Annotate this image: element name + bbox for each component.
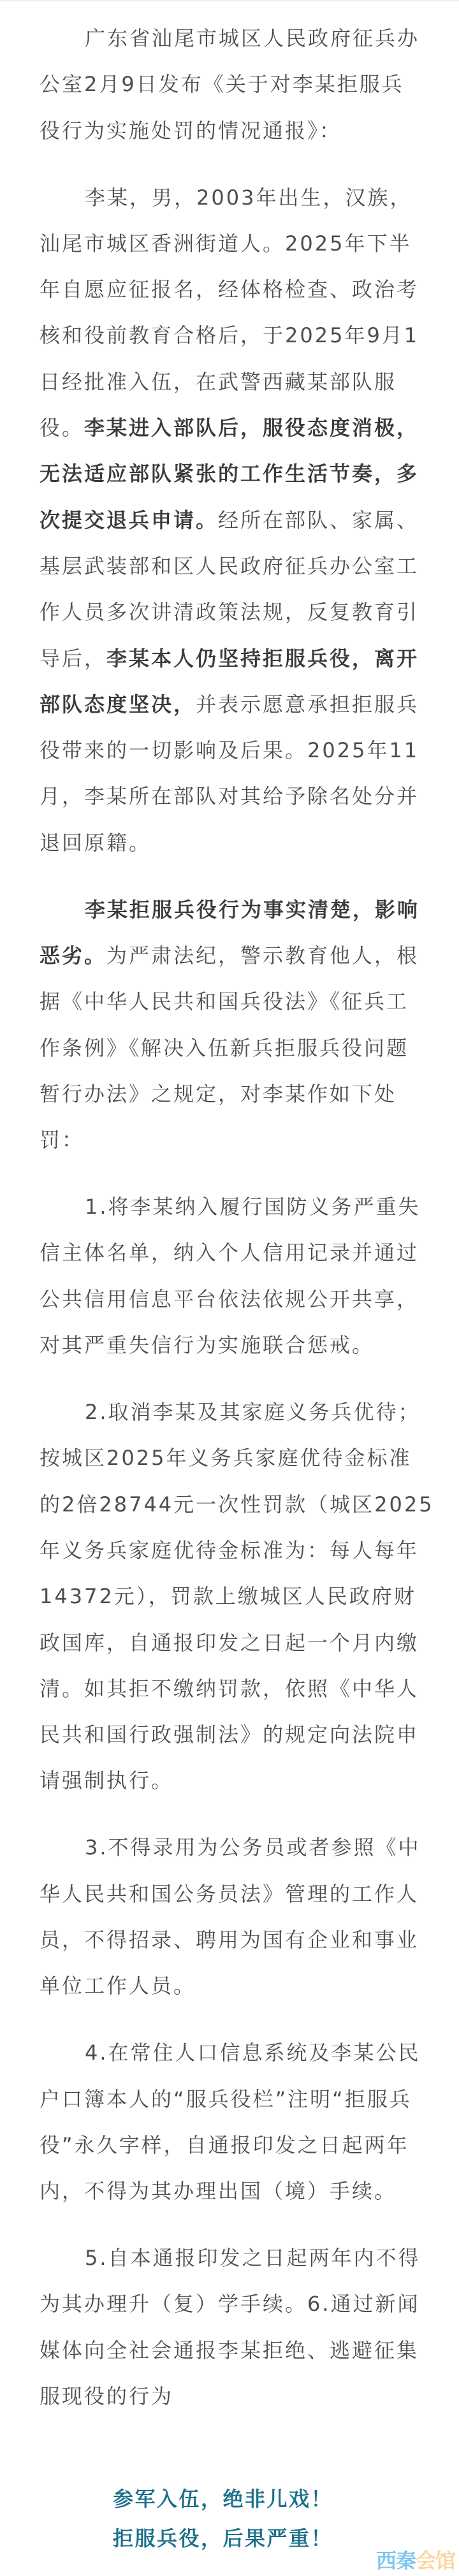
text-line: 汕尾市城区香洲街道人。2025年下半 bbox=[40, 221, 422, 266]
text-segment: 5.自本通报印发之日起两年内不得 bbox=[85, 2246, 421, 2270]
bold-text-segment: 无法适应部队紧张的工作生活节奏，多 bbox=[40, 462, 419, 486]
text-line: 役。李某进入部队后，服役态度消极， bbox=[40, 405, 422, 451]
text-segment: 户口簿本人的“服兵役栏”注明“拒服兵 bbox=[40, 2087, 412, 2111]
text-line: 部队态度坚决，并表示愿意承担拒服兵 bbox=[40, 681, 422, 727]
text-line: 4.在常住人口信息系统及李某公民 bbox=[40, 2030, 422, 2076]
text-line: 2.取消李某及其家庭义务兵优待； bbox=[40, 1389, 422, 1435]
text-line: 退回原籍。 bbox=[40, 820, 422, 866]
text-segment: 役”永久字样，自通报印发之日起两年 bbox=[40, 2133, 409, 2157]
paragraph-penalty-1: 1.将李某纳入履行国防义务严重失 信主体名单，纳入个人信用记录并通过 公共信用信… bbox=[40, 1184, 422, 1368]
text-segment: 役。 bbox=[40, 416, 84, 440]
text-segment: 暂行办法》之规定，对李某作如下处 bbox=[40, 1082, 397, 1106]
text-segment: 汕尾市城区香洲街道人。2025年下半 bbox=[40, 231, 411, 256]
text-line: 单位工作人员。 bbox=[40, 1963, 422, 2009]
text-segment: 经所在部队、家属、 bbox=[218, 508, 419, 532]
text-line: 对其严重失信行为实施联合惩戒。 bbox=[40, 1322, 422, 1368]
paragraph-legal-basis: 李某拒服兵役行为事实清楚，影响 恶劣。为严肃法纪，警示教育他人，根 据《中华人民… bbox=[40, 887, 422, 1163]
text-line: 华人民共和国公务员法》管理的工作人 bbox=[40, 1871, 422, 1917]
text-segment: 日经批准入伍，在武警西藏某部队服 bbox=[40, 370, 397, 394]
text-line: 请强制执行。 bbox=[40, 1757, 422, 1803]
text-line: 年义务兵家庭优待金标准为：每人每年 bbox=[40, 1527, 422, 1573]
bold-text-segment: 李某本人仍坚持拒服兵役，离开 bbox=[106, 646, 419, 671]
article-body: 广东省汕尾市城区人民政府征兵办 公室2月9日发布《关于对李某拒服兵 役行为实施处… bbox=[40, 15, 422, 2440]
text-segment: 请强制执行。 bbox=[40, 1768, 173, 1793]
text-segment: 媒体向全社会通报李某拒绝、逃避征集 bbox=[40, 2338, 419, 2362]
text-line: 据《中华人民共和国兵役法》《征兵工 bbox=[40, 979, 422, 1024]
text-line: 役”永久字样，自通报印发之日起两年 bbox=[40, 2122, 422, 2168]
text-segment: 作人员多次讲清政策法规，反复教育引 bbox=[40, 600, 419, 624]
text-line: 公室2月9日发布《关于对李某拒服兵 bbox=[40, 61, 422, 107]
text-segment: 清。如其拒不缴纳罚款，依照《中华人 bbox=[40, 1677, 419, 1701]
text-line: 1.将李某纳入履行国防义务严重失 bbox=[40, 1184, 422, 1230]
text-segment: 为严肃法纪，警示教育他人，根 bbox=[106, 943, 419, 968]
text-line: 广东省汕尾市城区人民政府征兵办 bbox=[40, 15, 422, 61]
text-segment: 作条例》《解决入伍新兵拒服兵役问题 bbox=[40, 1036, 409, 1060]
text-line: 核和役前教育合格后，于2025年9月1 bbox=[40, 312, 422, 358]
text-segment: 信主体名单，纳入个人信用记录并通过 bbox=[40, 1241, 419, 1265]
text-segment: 单位工作人员。 bbox=[40, 1974, 196, 1998]
text-line: 暂行办法》之规定，对李某作如下处 bbox=[40, 1071, 422, 1117]
text-line: 次提交退兵申请。经所在部队、家属、 bbox=[40, 497, 422, 543]
text-segment: 役行为实施处罚的情况通报》： bbox=[40, 119, 342, 143]
text-line: 李某拒服兵役行为事实清楚，影响 bbox=[40, 887, 422, 933]
text-line: 日经批准入伍，在武警西藏某部队服 bbox=[40, 359, 422, 405]
watermark-logo: 西秦会馆 bbox=[376, 2549, 455, 2572]
text-segment: 14372元），罚款上缴城区人民政府财 bbox=[40, 1584, 416, 1608]
text-line: 罚： bbox=[40, 1117, 422, 1163]
text-line: 民共和国行政强制法》的规定向法院申 bbox=[40, 1712, 422, 1757]
paragraph-penalty-2: 2.取消李某及其家庭义务兵优待； 按城区2025年义务兵家庭优待金标准 的2倍2… bbox=[40, 1389, 422, 1804]
text-segment: 按城区2025年义务兵家庭优待金标准 bbox=[40, 1446, 411, 1470]
text-line: 为其办理升（复）学手续。6.通过新闻 bbox=[40, 2281, 422, 2327]
text-segment: 华人民共和国公务员法》管理的工作人 bbox=[40, 1882, 419, 1906]
text-segment: 民共和国行政强制法》的规定向法院申 bbox=[40, 1722, 419, 1747]
paragraph-penalty-3: 3.不得录用为公务员或者参照《中 华人民共和国公务员法》管理的工作人 员，不得招… bbox=[40, 1824, 422, 2009]
bold-text-segment: 恶劣。 bbox=[40, 943, 106, 968]
slogan-line-2: 拒服兵役，后果严重！ bbox=[113, 2519, 381, 2558]
text-line: 清。如其拒不缴纳罚款，依照《中华人 bbox=[40, 1666, 422, 1712]
text-line: 3.不得录用为公务员或者参照《中 bbox=[40, 1824, 422, 1870]
text-segment: 4.在常住人口信息系统及李某公民 bbox=[85, 2041, 421, 2065]
text-segment: 对其严重失信行为实施联合惩戒。 bbox=[40, 1333, 374, 1357]
text-line: 媒体向全社会通报李某拒绝、逃避征集 bbox=[40, 2327, 422, 2373]
text-line: 役带来的一切影响及后果。2025年11 bbox=[40, 727, 422, 773]
text-segment: 罚： bbox=[40, 1128, 84, 1152]
text-line: 作条例》《解决入伍新兵拒服兵役问题 bbox=[40, 1025, 422, 1071]
watermark-part-2: 会馆 bbox=[416, 2549, 455, 2573]
text-segment: 月，李某所在部队对其给予除名处分并 bbox=[40, 784, 419, 808]
text-segment: 年自愿应征报名，经体格检查、政治考 bbox=[40, 277, 419, 302]
top-divider bbox=[0, 0, 459, 1]
text-segment: 核和役前教育合格后，于2025年9月1 bbox=[40, 323, 419, 347]
paragraph-penalty-5-6: 5.自本通报印发之日起两年内不得 为其办理升（复）学手续。6.通过新闻 媒体向全… bbox=[40, 2235, 422, 2419]
text-segment: 公室2月9日发布《关于对李某拒服兵 bbox=[40, 72, 404, 96]
text-segment: 政国库，自通报印发之日起一个月内缴 bbox=[40, 1631, 419, 1655]
text-segment: 员，不得招录、聘用为国有企业和事业 bbox=[40, 1928, 419, 1952]
text-segment: 为其办理升（复）学手续。6.通过新闻 bbox=[40, 2292, 420, 2316]
text-line: 信主体名单，纳入个人信用记录并通过 bbox=[40, 1230, 422, 1276]
text-line: 户口簿本人的“服兵役栏”注明“拒服兵 bbox=[40, 2076, 422, 2122]
text-line: 政国库，自通报印发之日起一个月内缴 bbox=[40, 1620, 422, 1666]
text-line: 基层武装部和区人民政府征兵办公室工 bbox=[40, 543, 422, 589]
text-line: 公共信用信息平台依法依规公开共享， bbox=[40, 1276, 422, 1322]
text-line: 李某，男，2003年出生，汉族， bbox=[40, 175, 422, 221]
text-segment: 的2倍28744元一次性罚款（城区2025 bbox=[40, 1492, 434, 1517]
text-line: 年自愿应征报名，经体格检查、政治考 bbox=[40, 266, 422, 312]
text-line: 内，不得为其办理出国（境）手续。 bbox=[40, 2168, 422, 2214]
text-segment: 据《中华人民共和国兵役法》《征兵工 bbox=[40, 989, 409, 1014]
text-line: 的2倍28744元一次性罚款（城区2025 bbox=[40, 1481, 422, 1527]
text-segment: 广东省汕尾市城区人民政府征兵办 bbox=[85, 26, 419, 50]
bold-text-segment: 李某进入部队后，服役态度消极， bbox=[84, 416, 419, 440]
text-segment: 并表示愿意承担拒服兵 bbox=[196, 692, 419, 717]
slogan-line-1: 参军入伍，绝非儿戏！ bbox=[113, 2479, 381, 2519]
text-line: 5.自本通报印发之日起两年内不得 bbox=[40, 2235, 422, 2281]
text-segment: 导后， bbox=[40, 646, 106, 671]
text-segment: 1.将李某纳入履行国防义务严重失 bbox=[85, 1195, 421, 1219]
text-segment: 公共信用信息平台依法依规公开共享， bbox=[40, 1287, 419, 1311]
text-line: 按城区2025年义务兵家庭优待金标准 bbox=[40, 1435, 422, 1481]
text-line: 役行为实施处罚的情况通报》： bbox=[40, 108, 422, 154]
text-line: 服现役的行为 bbox=[40, 2373, 422, 2419]
text-line: 14372元），罚款上缴城区人民政府财 bbox=[40, 1573, 422, 1619]
text-segment: 内，不得为其办理出国（境）手续。 bbox=[40, 2179, 397, 2203]
text-line: 月，李某所在部队对其给予除名处分并 bbox=[40, 773, 422, 819]
text-line: 恶劣。为严肃法纪，警示教育他人，根 bbox=[40, 933, 422, 979]
text-segment: 役带来的一切影响及后果。2025年11 bbox=[40, 738, 419, 762]
text-segment: 退回原籍。 bbox=[40, 831, 151, 855]
text-line: 作人员多次讲清政策法规，反复教育引 bbox=[40, 589, 422, 635]
text-line: 员，不得招录、聘用为国有企业和事业 bbox=[40, 1917, 422, 1963]
text-segment: 服现役的行为 bbox=[40, 2384, 173, 2408]
text-segment: 李某，男，2003年出生，汉族， bbox=[85, 186, 412, 210]
bold-text-segment: 次提交退兵申请。 bbox=[40, 508, 218, 532]
paragraph-background: 李某，男，2003年出生，汉族， 汕尾市城区香洲街道人。2025年下半 年自愿应… bbox=[40, 175, 422, 866]
text-line: 导后，李某本人仍坚持拒服兵役，离开 bbox=[40, 636, 422, 681]
bold-text-segment: 部队态度坚决， bbox=[40, 692, 196, 717]
text-segment: 2.取消李某及其家庭义务兵优待； bbox=[85, 1400, 421, 1424]
paragraph-intro: 广东省汕尾市城区人民政府征兵办 公室2月9日发布《关于对李某拒服兵 役行为实施处… bbox=[40, 15, 422, 154]
paragraph-penalty-4: 4.在常住人口信息系统及李某公民 户口簿本人的“服兵役栏”注明“拒服兵 役”永久… bbox=[40, 2030, 422, 2214]
watermark-part-1: 西秦 bbox=[376, 2549, 416, 2573]
text-segment: 基层武装部和区人民政府征兵办公室工 bbox=[40, 554, 419, 578]
bold-text-segment: 李某拒服兵役行为事实清楚，影响 bbox=[85, 898, 419, 922]
text-segment: 3.不得录用为公务员或者参照《中 bbox=[85, 1835, 421, 1859]
text-line: 无法适应部队紧张的工作生活节奏，多 bbox=[40, 451, 422, 497]
slogan-block: 参军入伍，绝非儿戏！ 拒服兵役，后果严重！ bbox=[113, 2479, 381, 2558]
text-segment: 年义务兵家庭优待金标准为：每人每年 bbox=[40, 1538, 419, 1562]
